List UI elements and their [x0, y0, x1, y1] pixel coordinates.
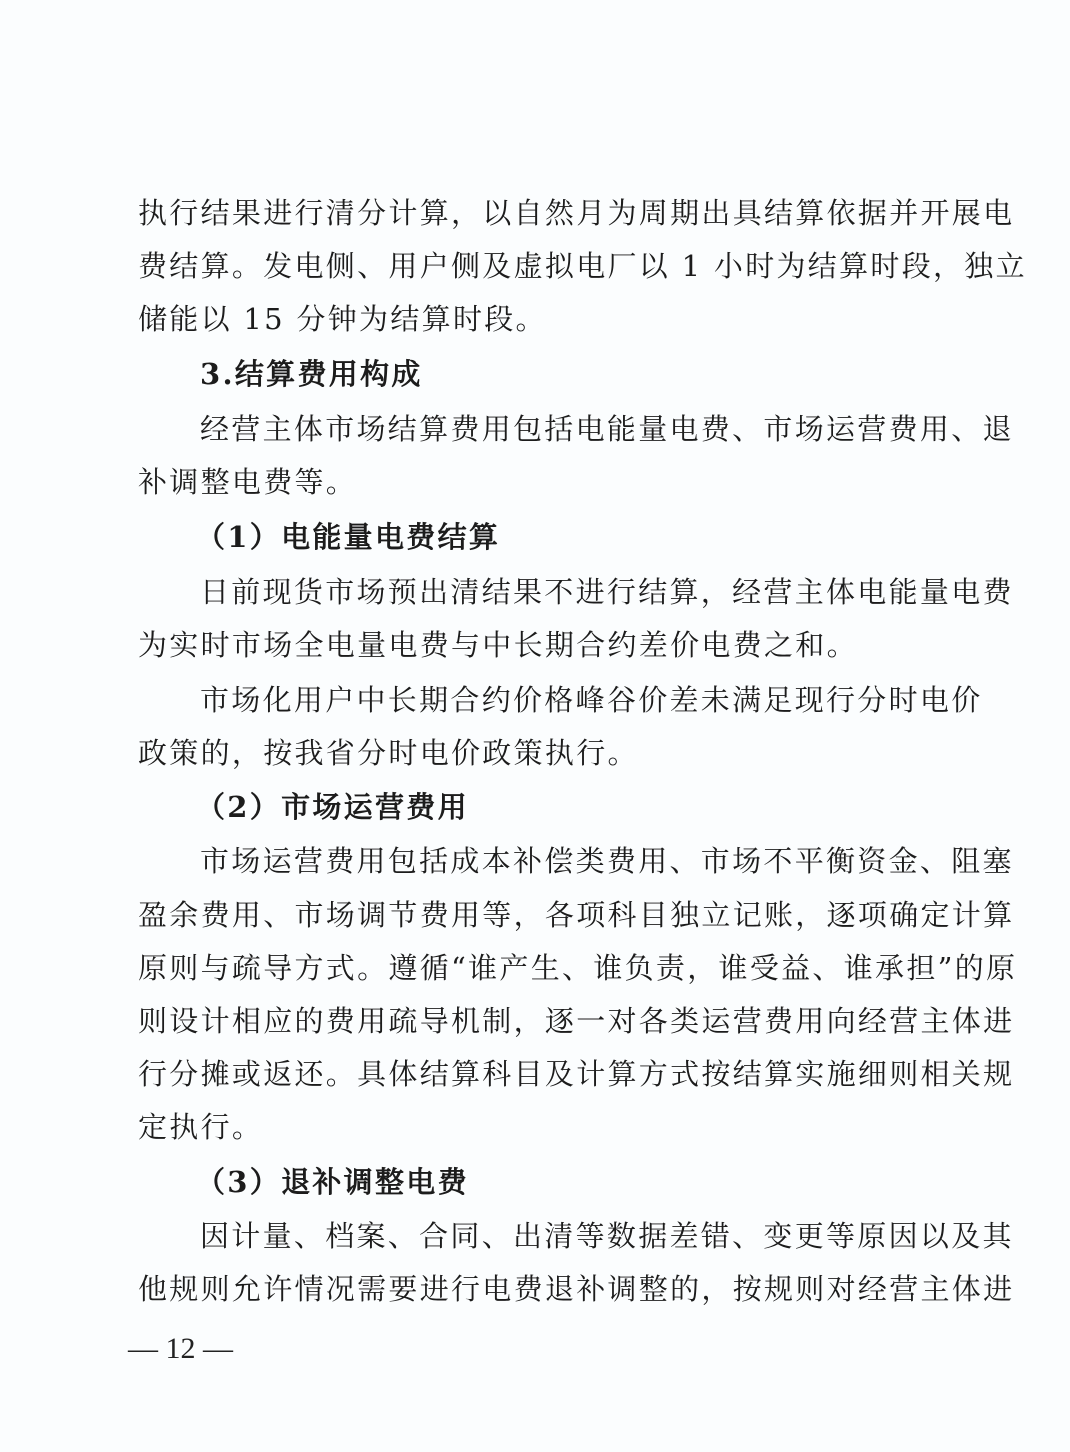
- page-number: — 12 —: [128, 1329, 233, 1369]
- subsection-heading: （3）退补调整电费: [196, 1162, 996, 1202]
- paragraph-line: 行分摊或返还。具体结算科目及计算方式按结算实施细则相关规: [138, 1054, 938, 1094]
- paragraph-line: 储能以 15 分钟为结算时段。: [138, 299, 938, 339]
- paragraph-line: 定执行。: [138, 1107, 938, 1147]
- paragraph-line: 政策的，按我省分时电价政策执行。: [138, 733, 938, 773]
- paragraph-line: 他规则允许情况需要进行电费退补调整的，按规则对经营主体进: [138, 1269, 938, 1309]
- paragraph-line: 补调整电费等。: [138, 462, 938, 502]
- paragraph-line: 执行结果进行清分计算，以自然月为周期出具结算依据并开展电: [138, 193, 938, 233]
- paragraph-line: 市场运营费用包括成本补偿类费用、市场不平衡资金、阻塞: [200, 841, 1000, 881]
- paragraph-line: 因计量、档案、合同、出清等数据差错、变更等原因以及其: [200, 1216, 1000, 1256]
- paragraph-line: 则设计相应的费用疏导机制，逐一对各类运营费用向经营主体进: [138, 1001, 938, 1041]
- paragraph-line: 盈余费用、市场调节费用等，各项科目独立记账，逐项确定计算: [138, 895, 938, 935]
- paragraph-line: 原则与疏导方式。遵循“谁产生、谁负责，谁受益、谁承担”的原: [138, 948, 938, 988]
- paragraph-line: 为实时市场全电量电费与中长期合约差价电费之和。: [138, 625, 938, 665]
- document-page: 执行结果进行清分计算，以自然月为周期出具结算依据并开展电 费结算。发电侧、用户侧…: [0, 0, 1070, 1452]
- paragraph-line: 市场化用户中长期合约价格峰谷价差未满足现行分时电价: [200, 680, 1000, 720]
- paragraph-line: 费结算。发电侧、用户侧及虚拟电厂以 1 小时为结算时段，独立: [138, 246, 938, 286]
- subsection-heading: （1）电能量电费结算: [196, 517, 996, 557]
- subsection-heading: （2）市场运营费用: [196, 787, 996, 827]
- section-heading: 3.结算费用构成: [200, 354, 1000, 394]
- paragraph-line: 经营主体市场结算费用包括电能量电费、市场运营费用、退: [200, 409, 1000, 449]
- paragraph-line: 日前现货市场预出清结果不进行结算，经营主体电能量电费: [200, 572, 1000, 612]
